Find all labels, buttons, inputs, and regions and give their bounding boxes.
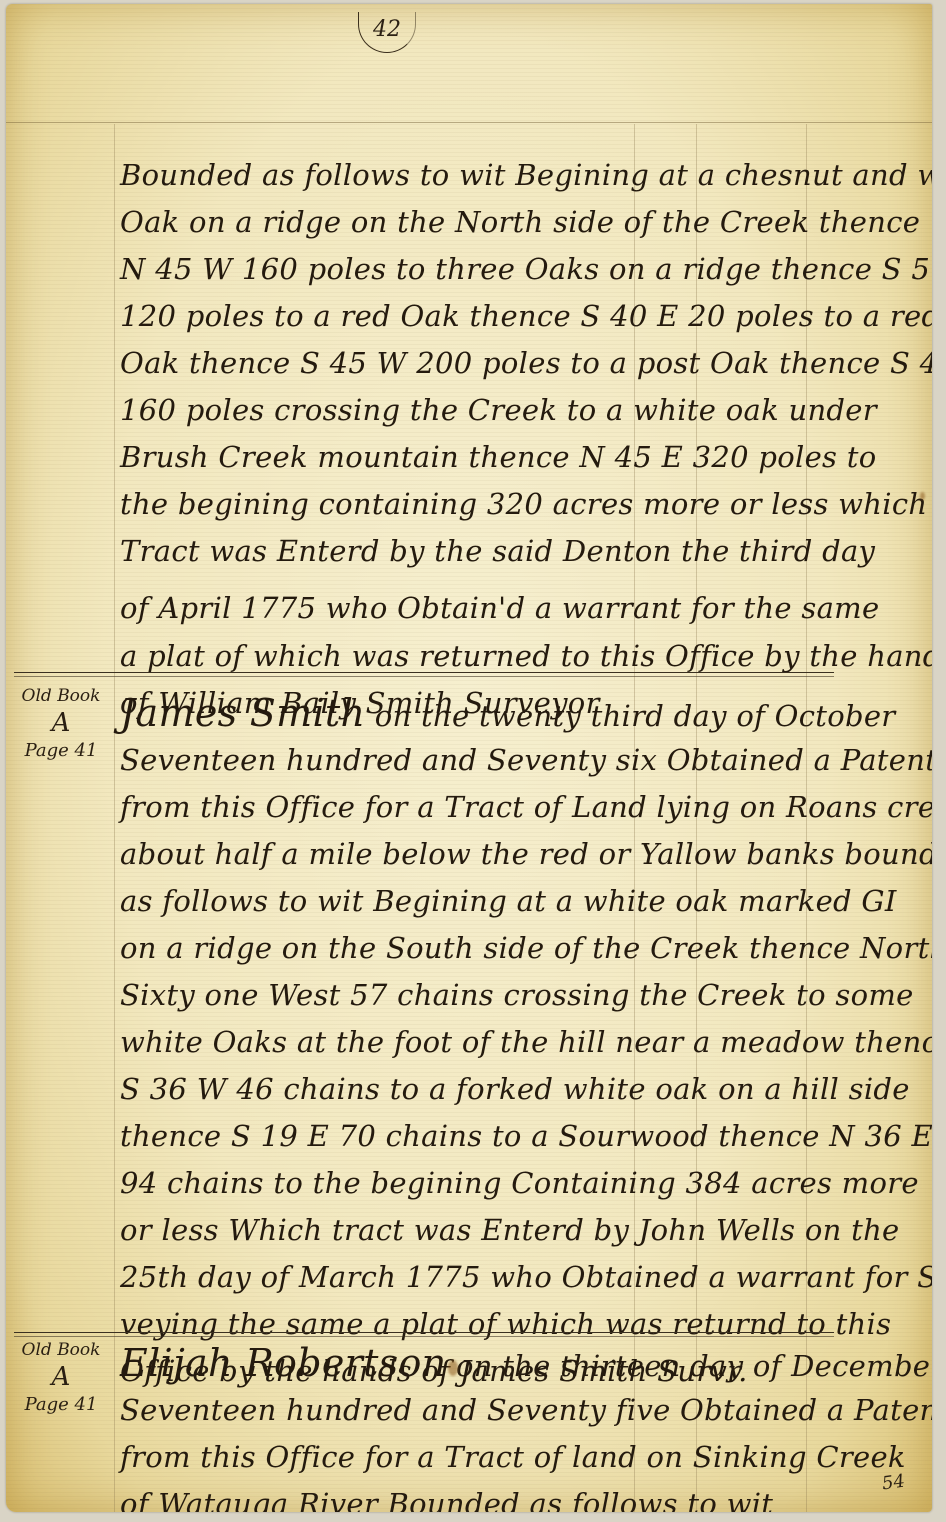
entry-line: Sixty one West 57 chains crossing the Cr…	[120, 972, 910, 1019]
margin-note-letter: A	[12, 708, 110, 738]
ledger-page: 42 Bounded as follows to wit Begining at…	[6, 4, 932, 1512]
margin-note-book: Old Book	[12, 1338, 110, 1362]
entry-line: the begining containing 320 acres more o…	[120, 481, 910, 528]
entry-divider	[14, 672, 834, 677]
folio-number: 54	[881, 1471, 907, 1495]
ink-stain	[448, 1360, 458, 1376]
entry-line: of April 1775 who Obtain'd a warrant for…	[120, 575, 910, 633]
entry-divider	[14, 1332, 834, 1337]
entry-continuation: Bounded as follows to wit Begining at a …	[120, 152, 910, 727]
entry-line: on the thirteen day of December	[446, 1349, 932, 1383]
margin-note-page: Page 41	[12, 1392, 110, 1418]
margin-note-book: Old Book	[12, 684, 110, 708]
entry-james-smith: James Smith on the twenty third day of O…	[120, 690, 910, 1395]
ink-stain	[920, 492, 925, 500]
entry-line: Tract was Enterd by the said Denton the …	[120, 528, 910, 575]
margin-note-letter: A	[12, 1362, 110, 1392]
entry-line: of Watauga River Bounded as follows to w…	[120, 1481, 910, 1512]
entry-line: Oak thence S 45 W 200 poles to a post Oa…	[120, 340, 910, 387]
entry-line: 25th day of March 1775 who Obtained a wa…	[120, 1254, 910, 1301]
entry-elijah-robertson: Elijah Robertson on the thirteen day of …	[120, 1340, 910, 1512]
entry-line: from this Office for a Tract of land on …	[120, 1434, 910, 1481]
margin-note-old-book: Old Book A Page 41	[12, 1338, 110, 1418]
entry-line: 160 poles crossing the Creek to a white …	[120, 387, 910, 434]
entry-line: Oak on a ridge on the North side of the …	[120, 199, 910, 246]
entry-line: thence S 19 E 70 chains to a Sourwood th…	[120, 1113, 910, 1160]
entry-line: white Oaks at the foot of the hill near …	[120, 1019, 910, 1066]
page-number-top: 42	[358, 12, 416, 53]
entry-line: about half a mile below the red or Yallo…	[120, 831, 910, 878]
entry-line: N 45 W 160 poles to three Oaks on a ridg…	[120, 246, 910, 293]
entry-line: Seventeen hundred and Seventy five Obtai…	[120, 1387, 910, 1434]
grantee-name: Elijah Robertson	[120, 1341, 446, 1385]
entry-line: as follows to wit Begining at a white oa…	[120, 878, 910, 925]
grantee-name: James Smith	[120, 691, 365, 735]
entry-line: on the twenty third day of October	[365, 699, 895, 733]
entry-line: on a ridge on the South side of the Cree…	[120, 925, 910, 972]
margin-rule-left	[114, 124, 115, 1512]
margin-note-page: Page 41	[12, 738, 110, 764]
entry-line: or less Which tract was Enterd by John W…	[120, 1207, 910, 1254]
margin-note-old-book: Old Book A Page 41	[12, 684, 110, 764]
entry-line: from this Office for a Tract of Land lyi…	[120, 784, 910, 831]
header-rule	[6, 122, 932, 123]
entry-line: S 36 W 46 chains to a forked white oak o…	[120, 1066, 910, 1113]
entry-line: Brush Creek mountain thence N 45 E 320 p…	[120, 434, 910, 481]
entry-line: Bounded as follows to wit Begining at a …	[120, 152, 910, 199]
entry-line: 94 chains to the begining Containing 384…	[120, 1160, 910, 1207]
entry-line: Seventeen hundred and Seventy six Obtain…	[120, 737, 910, 784]
entry-line: 120 poles to a red Oak thence S 40 E 20 …	[120, 293, 910, 340]
